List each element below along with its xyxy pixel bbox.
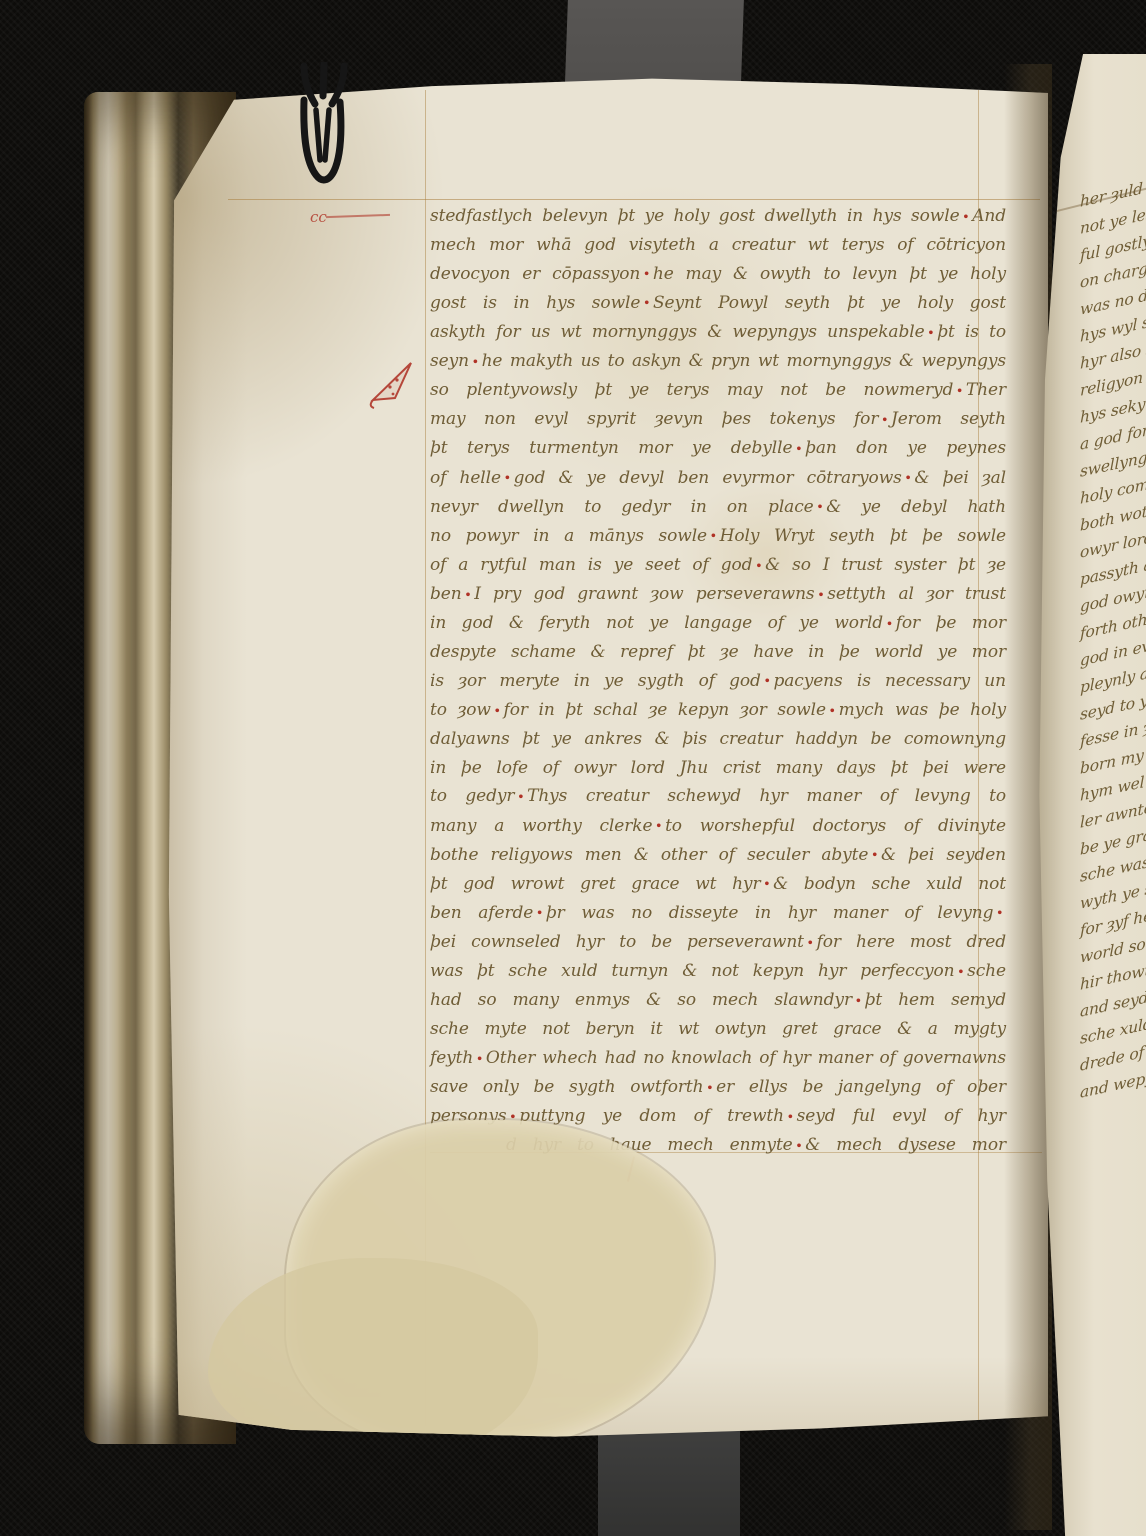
rubric-dot: •	[655, 820, 662, 832]
manuscript-line: þt terys turmentyn mor ye debylle•þan do…	[430, 434, 1006, 463]
rubric-dot: •	[886, 618, 893, 630]
manuscript-line: in þe lofe of owyr lord Jhu crist many d…	[430, 754, 1006, 783]
manuscript-line: in god & feryth not ye langage of ye wor…	[430, 609, 1006, 638]
manuscript-line: ben•I pry god grawnt ȝow perseverawns•se…	[430, 580, 1006, 609]
manuscript-line: sche myte not beryn it wt owtyn gret gra…	[430, 1015, 1006, 1044]
red-nota-mark: cc	[310, 208, 327, 226]
manuscript-line: þei cownseled hyr to be perseverawnt•for…	[430, 928, 1006, 957]
ruling-line-top	[228, 199, 1040, 200]
manuscript-line: save only be sygth owtforth•er ellys be …	[430, 1073, 1006, 1102]
manuscript-line: nevyr dwellyn to gedyr in on place•& ye …	[430, 493, 1006, 522]
rubric-dot: •	[881, 414, 888, 426]
rubric-dot: •	[829, 705, 836, 717]
manuscript-line: stedfastlych belevyn þt ye holy gost dwe…	[430, 202, 1006, 231]
manuscript-line: so plentyvowsly þt ye terys may not be n…	[430, 376, 1006, 405]
rubric-dot: •	[958, 966, 965, 978]
manuscript-line: feyth•Other whech had no knowlach of hyr…	[430, 1044, 1006, 1073]
manuscript-line: dalyawns þt ye ankres & þis creatur hadd…	[430, 725, 1006, 754]
manuscript-line: mech mor whā god visyteth a creatur wt t…	[430, 231, 1006, 260]
manuscript-line: many a worthy clerke•to worshepful docto…	[430, 812, 1006, 841]
corner-stain	[208, 1258, 538, 1458]
manuscript-line: no powyr in a mānys sowle•Holy Wryt seyt…	[430, 522, 1006, 551]
rubric-dot: •	[855, 995, 862, 1007]
manuscript-line: despyte schame & repref þt ȝe have in þe…	[430, 638, 1006, 667]
rubric-dot: •	[796, 1140, 803, 1152]
manuscript-line: askyth for us wt mornynggys & wepyngys u…	[430, 318, 1006, 347]
recto-text-fragments: her ȝuld ȝnot ye lesse yful gostly fon c…	[1080, 163, 1146, 1107]
rubric-dot: •	[504, 472, 511, 484]
rubric-dot: •	[764, 675, 771, 687]
rubric-dot: •	[465, 589, 472, 601]
rubric-dot: •	[763, 878, 770, 890]
manuscript-line: þt god wrowt gret grace wt hyr•& bodyn s…	[430, 870, 1006, 899]
rubric-dot: •	[472, 356, 479, 368]
red-nota-tail	[326, 214, 390, 218]
red-nota-text: cc	[310, 208, 327, 226]
rubric-dot: •	[817, 501, 824, 513]
rubric-dot: •	[476, 1053, 483, 1065]
photograph-canvas: cc stedfastlych belevyn þt ye holy gost …	[0, 0, 1146, 1536]
rubric-dot: •	[818, 589, 825, 601]
left-text-block: stedfastlych belevyn þt ye holy gost dwe…	[430, 202, 1006, 1160]
manuscript-line: was þt sche xuld turnyn & not kepyn hyr …	[430, 957, 1006, 986]
manuscript-line: is ȝor meryte in ye sygth of god•pacyens…	[430, 667, 1006, 696]
rubric-dot: •	[963, 211, 970, 223]
rubric-dot: •	[871, 849, 878, 861]
manuscript-line: to ȝow•for in þt schal ȝe kepyn ȝor sowl…	[430, 696, 1006, 725]
rubric-dot: •	[707, 1082, 714, 1094]
rubric-dot: •	[755, 560, 762, 572]
manuscript-line: devocyon er cōpassyon•he may & owyth to …	[430, 260, 1006, 289]
rubric-dot: •	[643, 297, 650, 309]
manuscript-page-recto-edge: her ȝuld ȝnot ye lesse yful gostly fon c…	[1036, 54, 1146, 1536]
rubric-dot: •	[643, 268, 650, 280]
rubric-dot: •	[928, 327, 935, 339]
rubric-dot: •	[996, 907, 1003, 919]
manuscript-line: to gedyr•Thys creatur schewyd hyr maner …	[430, 782, 1006, 811]
rubric-dot: •	[494, 705, 501, 717]
manuscript-line: bothe religyows men & other of seculer a…	[430, 841, 1006, 870]
manuscript-line: gost is in hys sowle•Seynt Powyl seyth þ…	[430, 289, 1006, 318]
rubric-dot: •	[795, 443, 802, 455]
rubric-dot: •	[956, 385, 963, 397]
manuscript-line: may non evyl spyrit ȝevyn þes tokenys fo…	[430, 405, 1006, 434]
rubric-dot: •	[517, 791, 524, 803]
page-holder-clip-icon	[292, 62, 356, 198]
red-manicule-icon	[366, 354, 422, 410]
manuscript-line: of a rytful man is ye seet of god•& so I…	[430, 551, 1006, 580]
manuscript-line: had so many enmys & so mech slawndyr•þt …	[430, 986, 1006, 1015]
rubric-dot: •	[536, 907, 543, 919]
rubric-dot: •	[787, 1111, 794, 1123]
manuscript-page-verso: cc stedfastlych belevyn þt ye holy gost …	[168, 78, 1048, 1438]
rubric-dot: •	[905, 472, 912, 484]
manuscript-line: seyn•he makyth us to askyn & pryn wt mor…	[430, 347, 1006, 376]
rubric-dot: •	[710, 530, 717, 542]
manuscript-line: of helle•god & ye devyl ben evyrmor cōtr…	[430, 464, 1006, 493]
manuscript-line: ben aferde•þr was no disseyte in hyr man…	[430, 899, 1006, 928]
rubric-dot: •	[807, 937, 814, 949]
